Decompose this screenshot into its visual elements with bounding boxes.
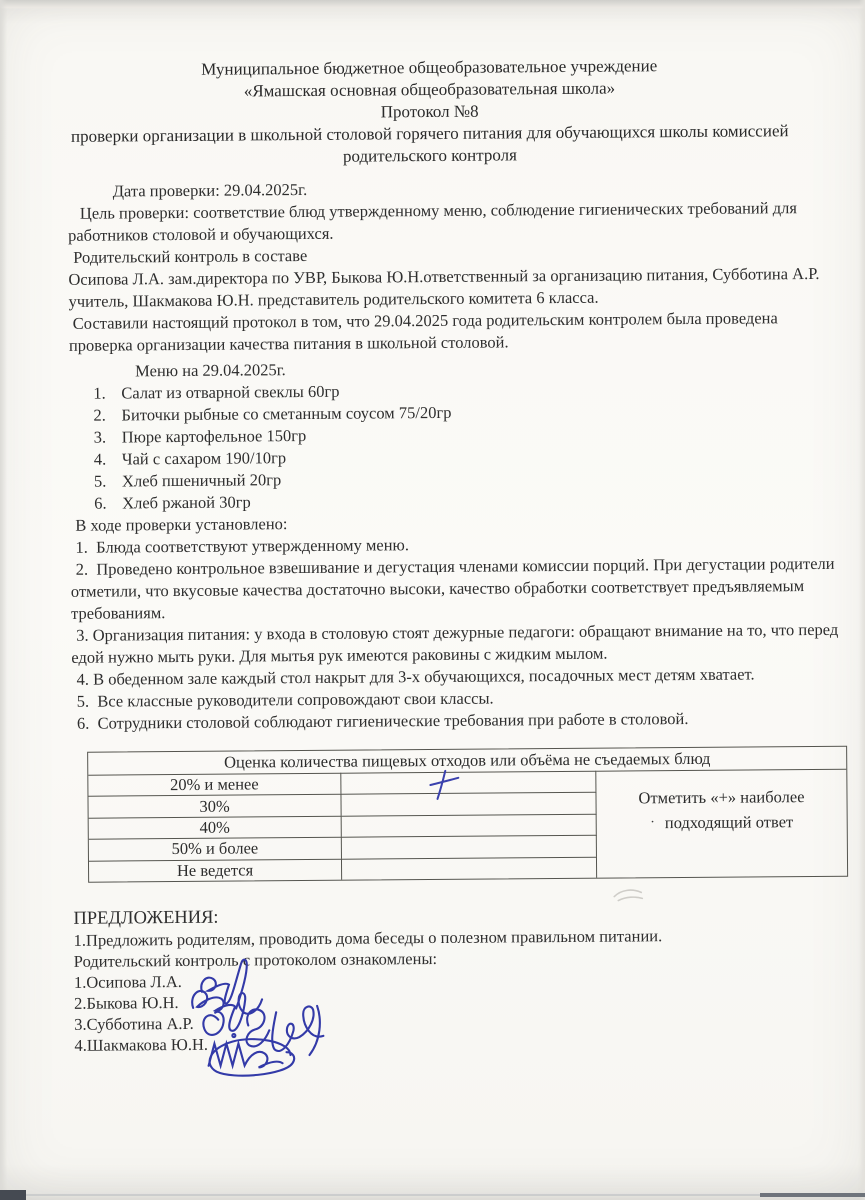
protocol-statement-line: Составили настоящий протокол в том, что … [69, 307, 844, 357]
waste-assessment-table: Оценка количества пищевых отходов или об… [87, 746, 848, 883]
intro-section: Дата проверки: 29.04.2025г. Цель проверк… [68, 175, 844, 357]
waste-row-label: 40% [89, 816, 342, 839]
waste-mark-cell [342, 814, 597, 837]
menu-item-number: 5. [94, 470, 122, 492]
menu-item-number: 1. [93, 382, 121, 404]
proposals-section: ПРЕДЛОЖЕНИЯ: 1.Предложить родителям, про… [73, 903, 849, 1056]
waste-row-label: Не ведется [89, 858, 342, 881]
finding-item: 2. Проведено контрольное взвешивание и д… [71, 553, 846, 625]
scan-smudge [608, 882, 650, 906]
menu-section: Меню на 29.04.2025г. 1. Салат из отварно… [69, 355, 845, 515]
menu-item-text: Хлеб пшеничный 20гр [122, 469, 281, 492]
menu-item-number: 6. [94, 492, 122, 514]
menu-item-text: Салат из отварной свеклы 60гр [121, 381, 339, 405]
inspection-goal-line: Цель проверки: соответствие блюд утвержд… [68, 197, 843, 247]
scan-edge-bottom-right [760, 1193, 865, 1197]
waste-mark-cell [342, 856, 597, 879]
menu-item-number: 3. [94, 426, 122, 448]
findings-section: В ходе проверки установлено: 1. Блюда со… [70, 509, 847, 735]
menu-item-text: Чай с сахаром 190/10гр [122, 447, 286, 470]
scanned-page: Муниципальное бюджетное общеобразователь… [0, 0, 865, 1200]
menu-item-number: 2. [93, 404, 121, 426]
committee-members-line: Осипова Л.А. зам.директора по УВР, Быков… [68, 263, 843, 313]
note-line-1: Отметить «+» наиболее [638, 784, 804, 810]
waste-mark-cell [342, 835, 597, 858]
waste-row-label: 50% и более [89, 837, 342, 860]
waste-table-note: Отметить «+» наиболее · подходящий ответ [596, 769, 847, 878]
note-line-2: · подходящий ответ [650, 809, 793, 835]
menu-item-text: Хлеб ржаной 30гр [122, 491, 251, 514]
menu-item-text: Биточки рыбные со сметанным соусом 75/20… [121, 402, 451, 427]
waste-row-label: 30% [88, 794, 341, 817]
scan-edge-right [859, 0, 865, 1200]
waste-mark-cell [341, 771, 596, 794]
waste-row-label: 20% и менее [88, 773, 341, 796]
menu-item-number: 4. [94, 448, 122, 470]
scan-edge-left [0, 0, 7, 1200]
menu-item-text: Пюре картофельное 150гр [122, 425, 307, 448]
scan-edge-top [0, 0, 865, 9]
waste-mark-cell [341, 792, 596, 815]
finding-item: 6. Сотрудники столовой соблюдают гигиени… [72, 707, 847, 735]
page-content: Муниципальное бюджетное общеобразователь… [0, 0, 865, 1200]
finding-item: 3. Организация питания: у входа в столов… [71, 619, 846, 669]
scan-edge-bottom-left [0, 1190, 26, 1200]
document-header: Муниципальное бюджетное общеобразователь… [27, 54, 833, 170]
scan-edge-bottom-line [0, 1194, 865, 1196]
note-bullet: · [650, 810, 655, 835]
